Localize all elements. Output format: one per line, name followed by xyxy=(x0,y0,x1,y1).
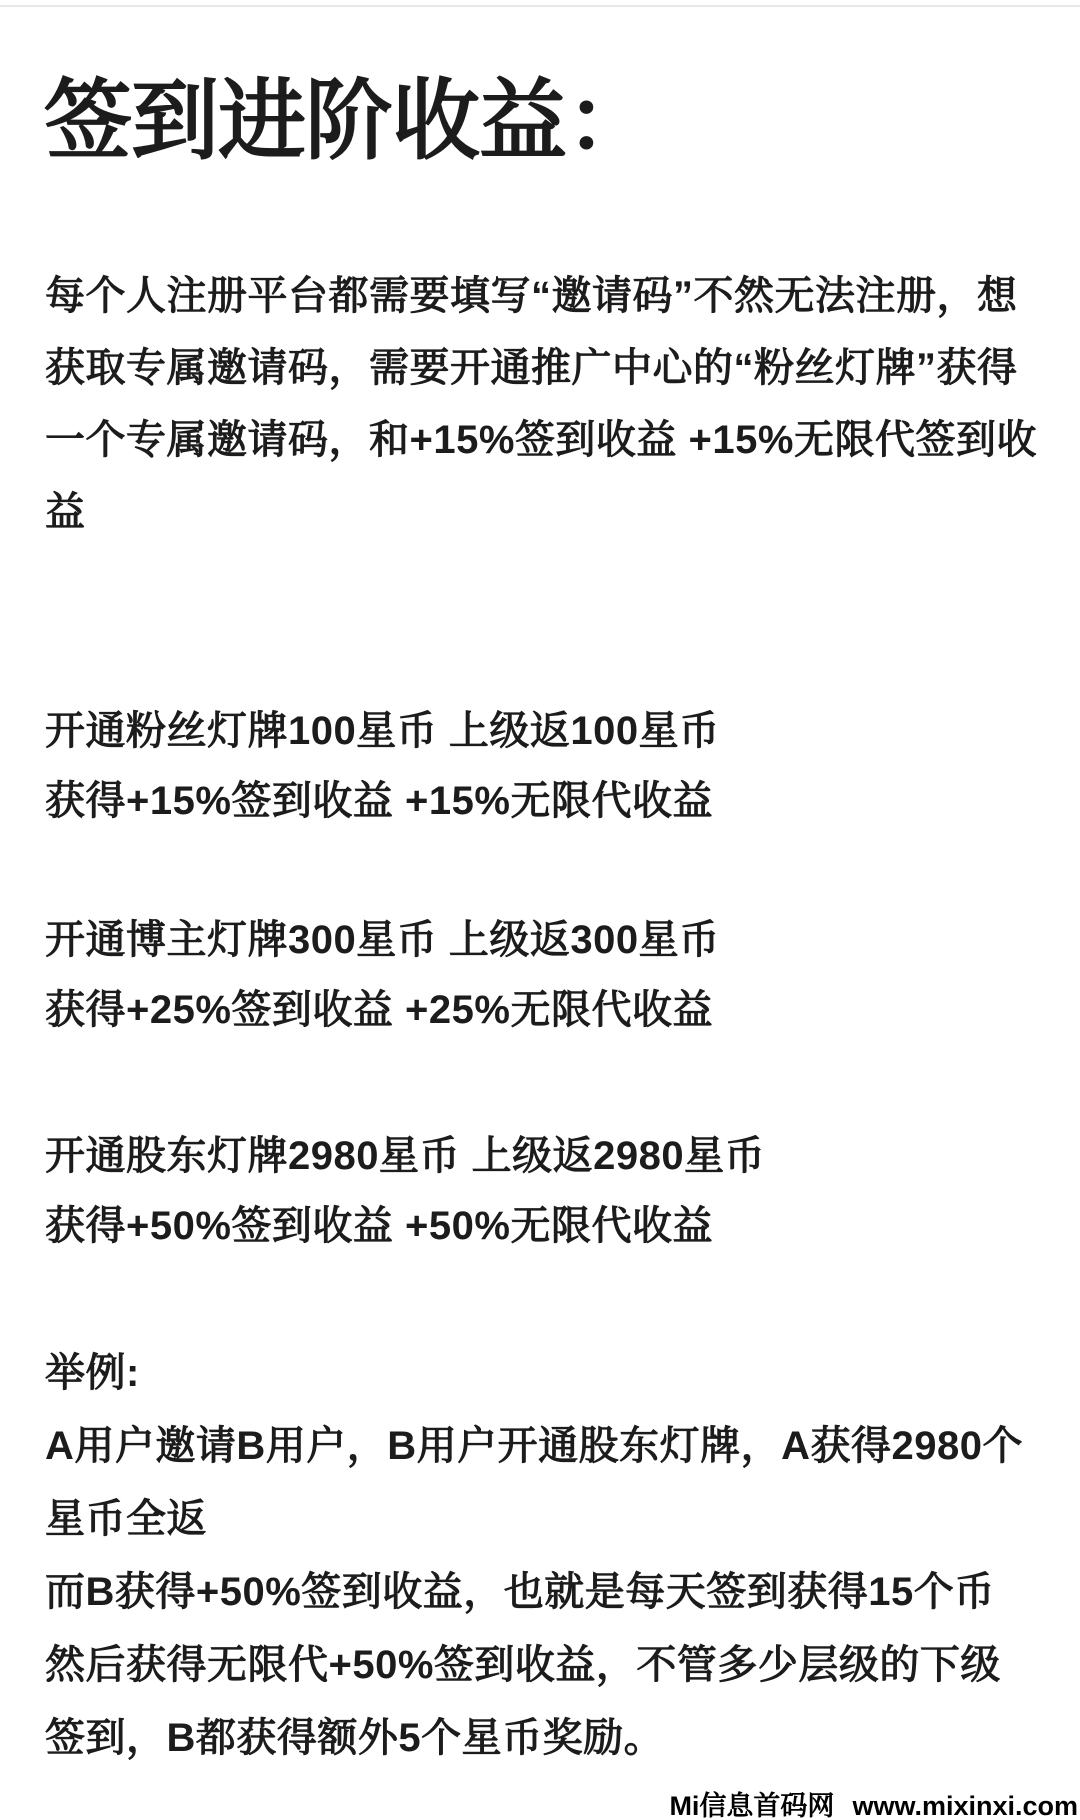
tier-fans-benefit-line: 获得+15%签到收益 +15%无限代收益 xyxy=(45,766,720,836)
tier-blogger-cost-line: 开通博主灯牌300星币 上级返300星币 xyxy=(45,905,720,975)
watermark: Mi信息首码网www.mixinxi.com xyxy=(669,1789,1078,1820)
example-heading: 举例: xyxy=(45,1337,1023,1410)
tier-fans-cost-line: 开通粉丝灯牌100星币 上级返100星币 xyxy=(45,696,720,766)
tier-shareholder-benefit-line: 获得+50%签到收益 +50%无限代收益 xyxy=(45,1191,765,1261)
example-line-1: A用户邀请B用户，B用户开通股东灯牌，A获得2980个 xyxy=(45,1410,1023,1483)
example-line-5: 签到，B都获得额外5个星币奖励。 xyxy=(45,1702,1023,1775)
intro-line-1: 每个人注册平台都需要填写“邀请码”不然无法注册，想 xyxy=(45,260,1037,332)
watermark-url: www.mixinxi.com xyxy=(852,1791,1078,1820)
page-title: 签到进阶收益： xyxy=(44,72,653,170)
tier-fans-badge: 开通粉丝灯牌100星币 上级返100星币 获得+15%签到收益 +15%无限代收… xyxy=(45,696,720,836)
example-line-3: 而B获得+50%签到收益，也就是每天签到获得15个币 xyxy=(45,1556,1023,1629)
intro-line-4: 益 xyxy=(45,476,1037,548)
tier-blogger-badge: 开通博主灯牌300星币 上级返300星币 获得+25%签到收益 +25%无限代收… xyxy=(45,905,720,1045)
tier-shareholder-badge: 开通股东灯牌2980星币 上级返2980星币 获得+50%签到收益 +50%无限… xyxy=(45,1121,765,1261)
intro-line-2: 获取专属邀请码，需要开通推广中心的“粉丝灯牌”获得 xyxy=(45,332,1037,404)
top-edge-line xyxy=(0,5,1080,7)
example-section: 举例: A用户邀请B用户，B用户开通股东灯牌，A获得2980个 星币全返 而B获… xyxy=(45,1337,1023,1775)
example-line-2: 星币全返 xyxy=(45,1483,1023,1556)
tier-shareholder-cost-line: 开通股东灯牌2980星币 上级返2980星币 xyxy=(45,1121,765,1191)
intro-paragraph: 每个人注册平台都需要填写“邀请码”不然无法注册，想 获取专属邀请码，需要开通推广… xyxy=(45,260,1037,548)
example-line-4: 然后获得无限代+50%签到收益，不管多少层级的下级 xyxy=(45,1629,1023,1702)
tier-blogger-benefit-line: 获得+25%签到收益 +25%无限代收益 xyxy=(45,975,720,1045)
article-page: 签到进阶收益： 每个人注册平台都需要填写“邀请码”不然无法注册，想 获取专属邀请… xyxy=(0,0,1080,1820)
watermark-site-name: Mi信息首码网 xyxy=(669,1791,834,1820)
intro-line-3: 一个专属邀请码，和+15%签到收益 +15%无限代签到收 xyxy=(45,404,1037,476)
